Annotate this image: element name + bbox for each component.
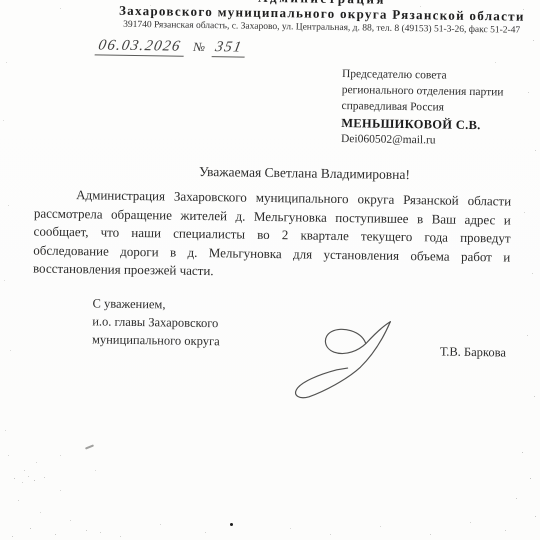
handwritten-signature <box>286 317 405 407</box>
number-sign: № <box>192 40 207 54</box>
recipient-email: Dei060502@mail.ru <box>341 131 503 150</box>
recipient-block: Председателю совета регионального отделе… <box>341 66 504 149</box>
body-paragraph: Администрация Захаровского муниципальног… <box>33 186 511 286</box>
recipient-party-line: справедливая Россия <box>341 98 503 117</box>
handwritten-number: 351 <box>211 39 247 57</box>
scan-noise <box>0 0 1 1</box>
closing-title-line2: муниципального округа <box>92 331 220 351</box>
scan-ink-dot <box>230 523 233 526</box>
handwritten-date: 06.03.2026 <box>95 37 187 56</box>
letter-content: Администрация Захаровского муниципальног… <box>0 0 540 540</box>
scanned-letter-page: Администрация Захаровского муниципальног… <box>0 0 540 540</box>
closing-title-line1: и.о. главы Захаровского <box>92 313 220 333</box>
closing-block: С уважением, и.о. главы Захаровского мун… <box>92 294 220 350</box>
signatory-name: Т.В. Баркова <box>440 345 506 361</box>
reference-line: 06.03.2026 № 351 <box>95 37 248 56</box>
closing-regards: С уважением, <box>92 294 220 314</box>
letterhead: Администрация Захаровского муниципальног… <box>102 0 540 37</box>
salutation: Уважаемая Светлана Владимировна! <box>69 162 539 185</box>
